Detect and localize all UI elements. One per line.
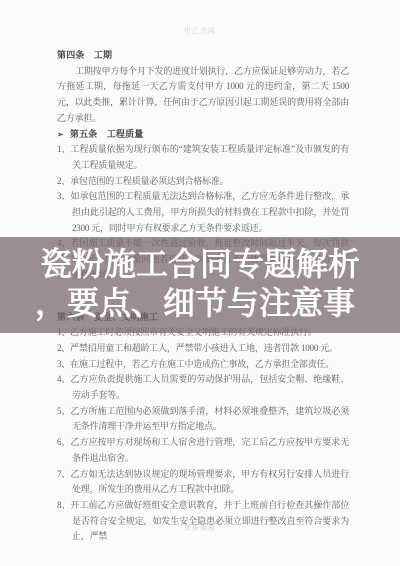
clause4-heading-text: 第四条 工期 [57, 50, 112, 60]
clause4-heading: 第四条 工期 [57, 48, 349, 64]
clause4-paragraph: 工期按甲方每个月下发的进度计划执行，乙方应保证足够劳动力，若乙方拖延工期，每拖延… [57, 64, 349, 127]
title-overlay-band: 瓷粉施工合同专题解析 ，要点、细节与注意事 [0, 237, 400, 333]
clause6-item: 2、严禁招用童工和超龄工人，严禁带小孩进入工地，违者罚款 1000 元。 [57, 341, 349, 357]
clause5-heading-text: 第五条 工程质量 [70, 129, 144, 139]
clause5-item: 3、如承包范围的工程质量无法达到合格标准，乙方应无条件进行整改，承担由此引起的人… [57, 189, 349, 236]
clause6-item: 3、在施工过程中，若乙方在施工中造成伤亡事故，乙方承担全部责任。 [57, 357, 349, 373]
clause5-item: 2、承包范围的工程质量必须达到合格标准。 [57, 174, 349, 190]
clause6-item: 4、乙方应负责提供施工人员需要的劳动保护用品，包括安全帽、绝缘鞋、劳动手套等。 [57, 372, 349, 403]
clause6-item: 5、乙方所施工范围内必须做到落手清，材料必须堆叠整齐，建筑垃圾必须无条件清理干净… [57, 404, 349, 435]
page-header-note: 甲乙合同 [0, 26, 400, 36]
clause5-item: 1、工程质量依据为现行颁布的“建筑安装工程质量评定标准”及市颁发的有关工程质量规… [57, 142, 349, 173]
arrow-bullet-icon: ➢ [57, 130, 64, 139]
document-page: 甲乙合同 第四条 工期 工期按甲方每个月下发的进度计划执行，乙方应保证足够劳动力… [0, 0, 400, 566]
overlay-title-line2: ，要点、细节与注意事 [0, 284, 395, 323]
clause6-item: 7、乙方如无法达到协议规定的现场管理要求，甲方有权另行安排人员进行处理，所发生的… [57, 467, 349, 498]
page-footer-note: · 优质模板 · [0, 523, 400, 533]
clause6-item: 6、乙方应按甲方对现场和工人宿舍进行管理，完工后乙方应按甲方要求无条件退出宿舍。 [57, 435, 349, 466]
clause6-item: 8、开工前乙方应做好班组安全意识教育，并于上班前自行检查其操作部位是否符合安全规… [57, 498, 349, 545]
overlay-title-line1: 瓷粉施工合同专题解析 [0, 245, 400, 284]
clause5-heading: ➢第五条 工程质量 [57, 127, 349, 143]
